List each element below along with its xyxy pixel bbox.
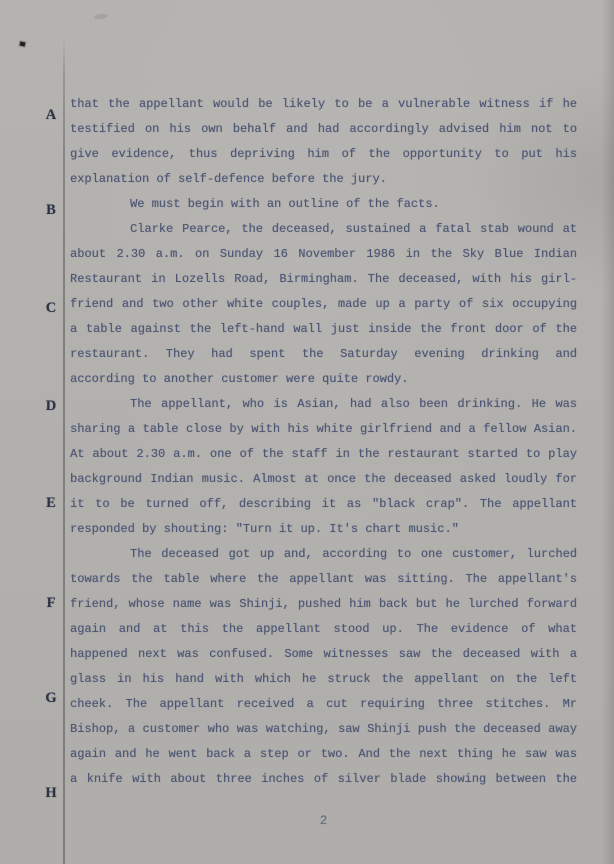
text-line-p4-l1: The appellant, who is Asian, had also be…	[70, 392, 577, 417]
margin-letter-d: D	[42, 399, 60, 414]
margin-letter-c: C	[42, 301, 60, 316]
scan-smudge	[94, 13, 109, 20]
text-line-p5-l6: glass in his hand with which he struck t…	[70, 667, 577, 692]
text-line-p4-l4: background Indian music. Almost at once …	[70, 467, 577, 492]
text-line-p4-l2: sharing a table close by with his white …	[70, 417, 577, 442]
text-line-p5-l8: Bishop, a customer who was watching, saw…	[70, 717, 577, 742]
scanned-page: ABCDEFGH that the appellant would be lik…	[0, 0, 614, 864]
text-line-p3-l3: Restaurant in Lozells Road, Birmingham. …	[70, 267, 577, 292]
text-line-p3-l1: Clarke Pearce, the deceased, sustained a…	[70, 217, 577, 242]
margin-letter-h: H	[42, 786, 60, 801]
margin-letter-b: B	[42, 203, 60, 218]
text-line-p5-l3: friend, whose name was Shinji, pushed hi…	[70, 592, 577, 617]
document-text: that the appellant would be likely to be…	[70, 92, 577, 792]
text-line-p4-l3: At about 2.30 a.m. one of the staff in t…	[70, 442, 577, 467]
text-line-p5-l5: happened next was confused. Some witness…	[70, 642, 577, 667]
margin-rule	[63, 36, 65, 864]
text-line-p3-l4: friend and two other white couples, made…	[70, 292, 577, 317]
margin-letter-e: E	[42, 496, 60, 511]
text-line-p3-l6: restaurant. They had spent the Saturday …	[70, 342, 577, 367]
text-line-p5-l1: The deceased got up and, according to on…	[70, 542, 577, 567]
text-line-p3-l7: according to another customer were quite…	[70, 367, 577, 392]
page-edge-shadow	[601, 0, 614, 864]
text-line-p1-l3: give evidence, thus depriving him of the…	[70, 142, 577, 167]
text-line-p1-l4: explanation of self-defence before the j…	[70, 167, 577, 192]
text-line-p3-l5: a table against the left-hand wall just …	[70, 317, 577, 342]
margin-letter-f: F	[42, 596, 60, 611]
text-line-p4-l5: it to be turned off, describing it as "b…	[70, 492, 577, 517]
ink-speck	[20, 42, 26, 47]
page-number: 2	[70, 809, 577, 834]
text-line-p5-l10: a knife with about three inches of silve…	[70, 767, 577, 792]
text-line-p2-l1: We must begin with an outline of the fac…	[70, 192, 577, 217]
text-line-p5-l9: again and he went back a step or two. An…	[70, 742, 577, 767]
text-line-p5-l2: towards the table where the appellant wa…	[70, 567, 577, 592]
text-line-p5-l4: again and at this the appellant stood up…	[70, 617, 577, 642]
text-line-p5-l7: cheek. The appellant received a cut requ…	[70, 692, 577, 717]
text-line-p3-l2: about 2.30 a.m. on Sunday 16 November 19…	[70, 242, 577, 267]
margin-letter-g: G	[42, 691, 60, 706]
text-line-p1-l2: testified on his own behalf and had acco…	[70, 117, 577, 142]
text-line-p1-l1: that the appellant would be likely to be…	[70, 92, 577, 117]
margin-letter-a: A	[42, 108, 60, 123]
text-line-p4-l6: responded by shouting: "Turn it up. It's…	[70, 517, 577, 542]
